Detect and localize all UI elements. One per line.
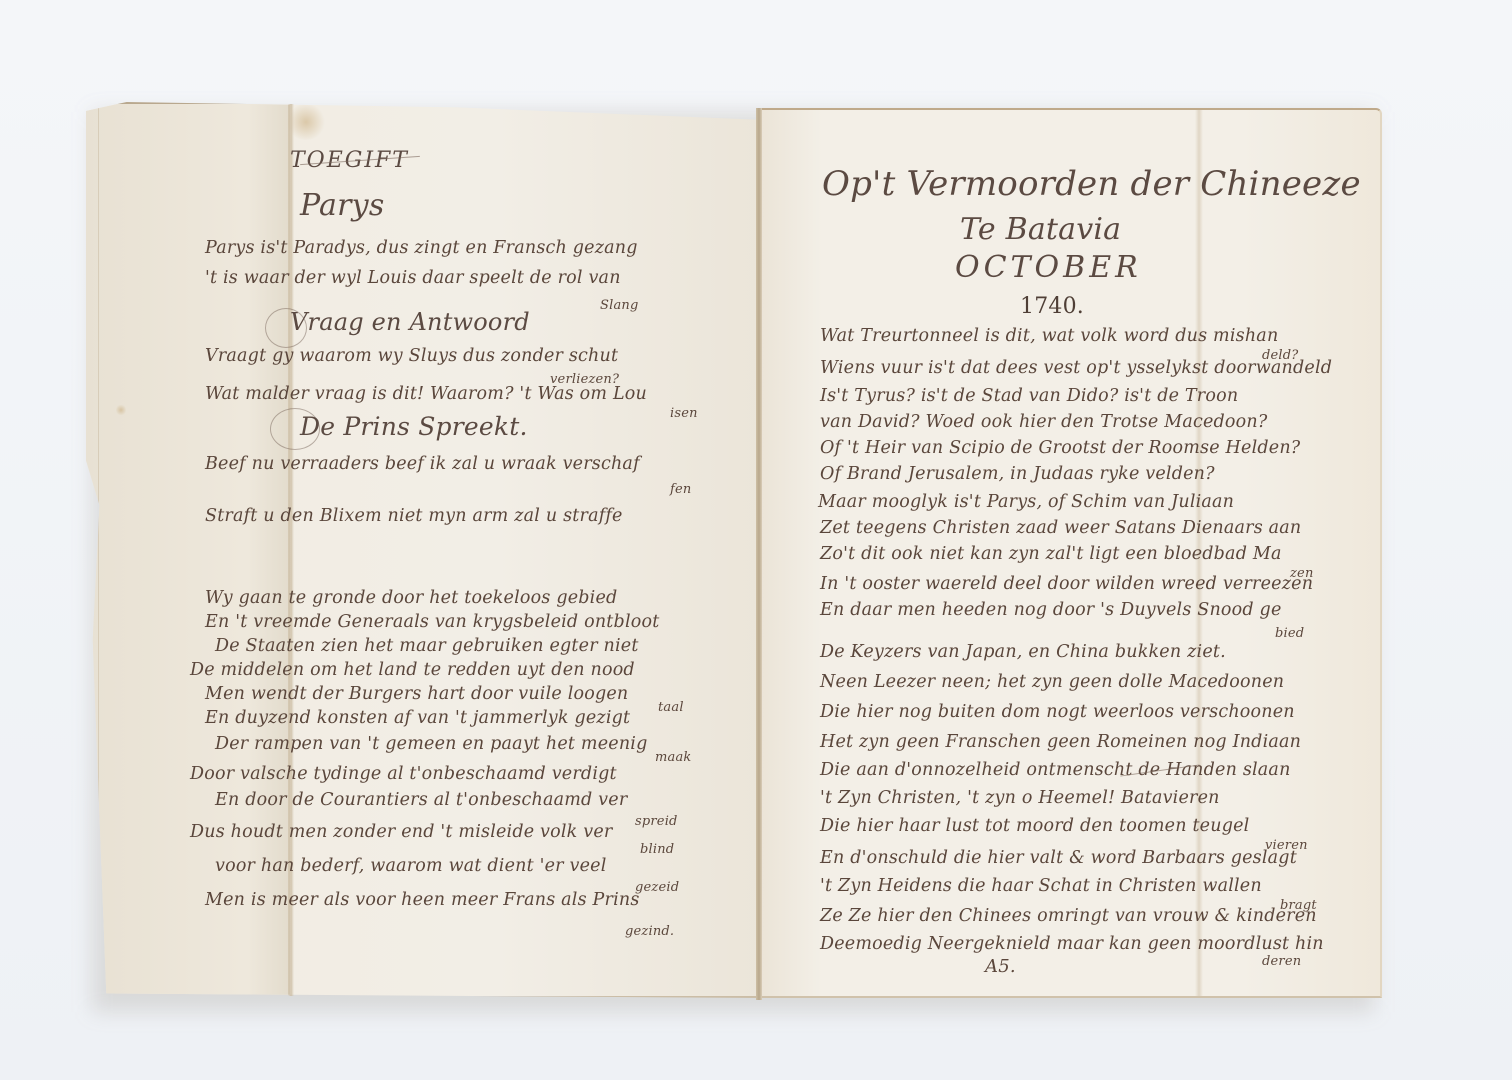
stain-mark: [116, 404, 126, 416]
poem-line: En duyzend konsten af van 't jammerlyk g…: [205, 708, 630, 728]
poem-line: Neen Leezer neen; het zyn geen dolle Mac…: [820, 672, 1284, 692]
poem-line: Die aan d'onnozelheid ontmenscht de Hand…: [820, 760, 1291, 780]
marginal-gloss: Slang: [600, 298, 639, 313]
poem-line: Die hier nog buiten dom nogt weerloos ve…: [820, 702, 1295, 722]
poem-line: Der rampen van 't gemeen en paayt het me…: [215, 734, 648, 754]
poem-line: voor han bederf, waarom wat dient 'er ve…: [215, 856, 607, 876]
poem-line: Deemoedig Neergeknield maar kan geen moo…: [820, 934, 1324, 954]
poem-line: 't Zyn Heidens die haar Schat in Christe…: [820, 876, 1262, 896]
poem-line: Dus houdt men zonder end 't misleide vol…: [190, 822, 612, 842]
heading-parys: Parys: [300, 188, 384, 223]
title-line-1: Op't Vermoorden der Chineeze: [822, 164, 1361, 204]
poem-line: De Staaten zien het maar gebruiken egter…: [215, 636, 639, 656]
poem-line: Men wendt der Burgers hart door vuile lo…: [205, 684, 628, 704]
marginal-gloss: spreid: [635, 814, 678, 829]
verse-line: Vraagt gy waarom wy Sluys dus zonder sch…: [205, 346, 618, 366]
poem-line: Wiens vuur is't dat dees vest op't yssel…: [820, 358, 1332, 378]
verse-line: Beef nu verraaders beef ik zal u wraak v…: [205, 454, 640, 474]
poem-line: En daar men heeden nog door 's Duyvels S…: [820, 600, 1282, 620]
marginal-gloss: gezind.: [625, 924, 674, 939]
poem-line: Of Brand Jerusalem, in Judaas ryke velde…: [820, 464, 1215, 484]
poem-line: Het zyn geen Franschen geen Romeinen nog…: [820, 732, 1301, 752]
heading-de-prins-spreekt: De Prins Spreekt.: [300, 412, 528, 441]
verse-line: Wat malder vraag is dit! Waarom? 't Was …: [205, 384, 647, 404]
poem-line: Maar mooglyk is't Parys, of Schim van Ju…: [818, 492, 1234, 512]
marginal-gloss: taal: [658, 700, 684, 715]
marginal-gloss: isen: [670, 406, 698, 421]
verse-line: Parys is't Paradys, dus zingt en Fransch…: [205, 238, 638, 258]
poem-line: Ze Ze hier den Chinees omringt van vrouw…: [820, 906, 1317, 926]
poem-line: De Keyzers van Japan, en China bukken zi…: [820, 642, 1226, 662]
poem-line: Die hier haar lust tot moord den toomen …: [820, 816, 1249, 836]
poem-line: In 't ooster waereld deel door wilden wr…: [820, 574, 1313, 594]
photo-scene: TOEGIFT Parys Parys is't Paradys, dus zi…: [0, 0, 1512, 1080]
title-line-3: OCTOBER: [955, 250, 1142, 285]
book-gutter: [756, 108, 762, 1000]
heading-vraag-en-antwoord: Vraag en Antwoord: [290, 308, 530, 336]
marginal-gloss: gezeid: [635, 880, 679, 895]
poem-line: En d'onschuld die hier valt & word Barba…: [820, 848, 1297, 868]
verse-line: Straft u den Blixem niet myn arm zal u s…: [205, 506, 623, 526]
poem-line: Is't Tyrus? is't de Stad van Dido? is't …: [820, 386, 1238, 406]
poem-line: En door de Courantiers al t'onbeschaamd …: [215, 790, 627, 810]
title-year: 1740.: [1020, 294, 1084, 319]
verse-line: 't is waar der wyl Louis daar speelt de …: [205, 268, 621, 288]
poem-line: van David? Woed ook hier den Trotse Mace…: [820, 412, 1267, 432]
poem-line: En 't vreemde Generaals van krygsbeleid …: [205, 612, 659, 632]
poem-line: Wat Treurtonneel is dit, wat volk word d…: [820, 326, 1278, 346]
poem-line: 't Zyn Christen, 't zyn o Heemel! Batavi…: [820, 788, 1220, 808]
title-line-2: Te Batavia: [960, 212, 1121, 247]
poem-line: De middelen om het land te redden uyt de…: [190, 660, 635, 680]
poem-line: Wy gaan te gronde door het toekeloos geb…: [205, 588, 617, 608]
poem-line: Of 't Heir van Scipio de Grootst der Roo…: [820, 438, 1300, 458]
poem-line: Zo't dit ook niet kan zyn zal't ligt een…: [820, 544, 1282, 564]
poem-line: Door valsche tydinge al t'onbeschaamd ve…: [190, 764, 617, 784]
poem-line: Zet teegens Christen zaad weer Satans Di…: [820, 518, 1301, 538]
marginal-gloss: deren: [1262, 954, 1301, 969]
marginal-gloss: blind: [640, 842, 674, 857]
marginal-gloss: bied: [1275, 626, 1304, 641]
marginal-gloss: maak: [655, 750, 692, 765]
catchword: A5.: [985, 956, 1016, 977]
poem-line: Men is meer als voor heen meer Frans als…: [205, 890, 640, 910]
marginal-gloss: fen: [670, 482, 691, 497]
